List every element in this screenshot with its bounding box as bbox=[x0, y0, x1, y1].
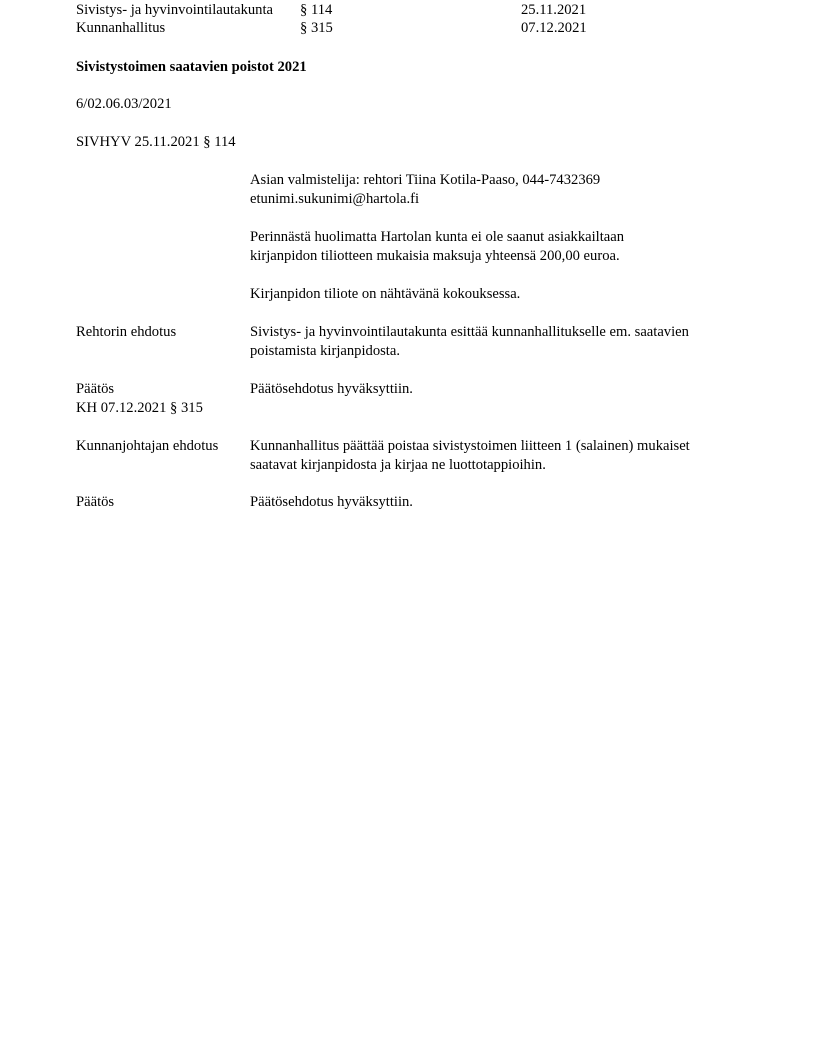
decision-1-label: Päätös bbox=[76, 380, 114, 399]
principal-proposal-line-2: poistamista kirjanpidosta. bbox=[250, 342, 750, 361]
decision-1-reference: KH 07.12.2021 § 315 bbox=[76, 399, 203, 418]
manager-proposal-line-1: Kunnanhallitus päättää poistaa sivistyst… bbox=[250, 437, 750, 456]
manager-proposal-line-2: saatavat kirjanpidosta ja kirjaa ne luot… bbox=[250, 456, 750, 475]
record-number: 6/02.06.03/2021 bbox=[76, 95, 172, 114]
decision-2-text: Päätösehdotus hyväksyttiin. bbox=[250, 493, 750, 512]
header-body-1: Sivistys- ja hyvinvointilautakunta bbox=[76, 1, 273, 20]
statement-note: Kirjanpidon tiliote on nähtävänä kokouks… bbox=[250, 285, 750, 304]
header-date-1: 25.11.2021 bbox=[521, 1, 586, 20]
body-line-2: kirjanpidon tiliotteen mukaisia maksuja … bbox=[250, 247, 750, 266]
manager-proposal-text: Kunnanhallitus päättää poistaa sivistyst… bbox=[250, 437, 750, 475]
principal-proposal-line-1: Sivistys- ja hyvinvointilautakunta esitt… bbox=[250, 323, 750, 342]
document-title: Sivistystoimen saatavien poistot 2021 bbox=[76, 58, 307, 77]
header-body-2: Kunnanhallitus bbox=[76, 19, 165, 38]
body-paragraph: Perinnästä huolimatta Hartolan kunta ei … bbox=[250, 228, 750, 266]
meeting-reference: SIVHYV 25.11.2021 § 114 bbox=[76, 133, 236, 152]
header-section-2: § 315 bbox=[300, 19, 333, 38]
body-line-1: Perinnästä huolimatta Hartolan kunta ei … bbox=[250, 228, 750, 247]
header-date-2: 07.12.2021 bbox=[521, 19, 587, 38]
decision-1-text: Päätösehdotus hyväksyttiin. bbox=[250, 380, 750, 399]
principal-proposal-label: Rehtorin ehdotus bbox=[76, 323, 176, 342]
header-section-1: § 114 bbox=[300, 1, 332, 20]
preparer-line: Asian valmistelija: rehtori Tiina Kotila… bbox=[250, 171, 750, 190]
decision-2-label: Päätös bbox=[76, 493, 114, 512]
statement-note-text: Kirjanpidon tiliote on nähtävänä kokouks… bbox=[250, 285, 750, 304]
principal-proposal-text: Sivistys- ja hyvinvointilautakunta esitt… bbox=[250, 323, 750, 361]
preparer-info: Asian valmistelija: rehtori Tiina Kotila… bbox=[250, 171, 750, 209]
decision-2-line: Päätösehdotus hyväksyttiin. bbox=[250, 493, 750, 512]
decision-1-line: Päätösehdotus hyväksyttiin. bbox=[250, 380, 750, 399]
preparer-email: etunimi.sukunimi@hartola.fi bbox=[250, 190, 750, 209]
manager-proposal-label: Kunnanjohtajan ehdotus bbox=[76, 437, 218, 456]
